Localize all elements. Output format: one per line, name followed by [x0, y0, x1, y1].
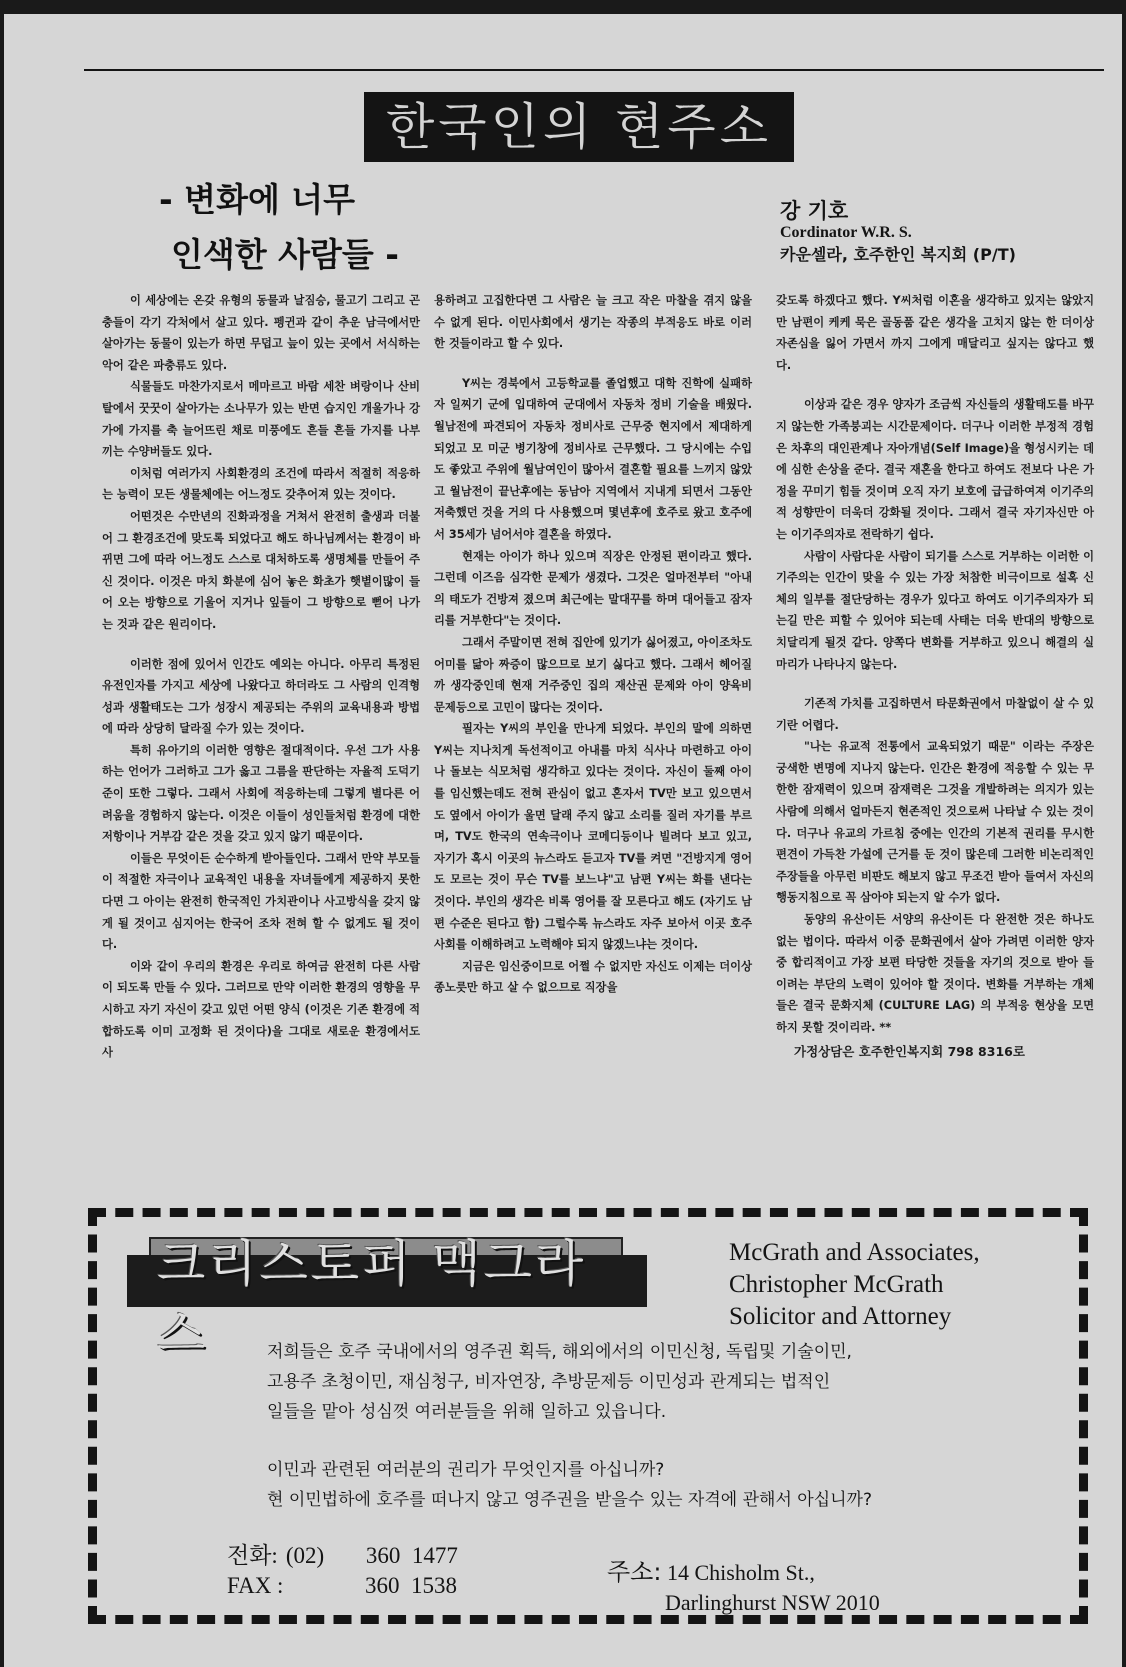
- paragraph: 필자는 Y씨의 부인을 만나게 되었다. 부인의 말에 의하면 Y씨는 지나치게…: [434, 718, 752, 956]
- ad-text-line: 일들을 맡아 성심껏 여러분들을 위해 일하고 있읍니다.: [267, 1397, 1067, 1427]
- ad-text-line: 저희들은 호주 국내에서의 영주권 획득, 해외에서의 이민신청, 독립및 기술…: [267, 1337, 1067, 1367]
- ad-question-paragraph: 이민과 관련된 여러분의 권리가 무엇인지를 아십니까? 현 이민법하에 호주를…: [267, 1455, 1067, 1515]
- section-masthead: 한국인의 현주소: [364, 92, 794, 162]
- phone-area-code: (02): [286, 1541, 346, 1571]
- ad-body-text: 저희들은 호주 국내에서의 영주권 획득, 해외에서의 이민신청, 독립및 기술…: [267, 1337, 1067, 1515]
- ad-services-paragraph: 저희들은 호주 국내에서의 영주권 획득, 해외에서의 이민신청, 독립및 기술…: [267, 1337, 1067, 1427]
- phone-number: 360 1477: [366, 1541, 458, 1571]
- newspaper-page: 한국인의 현주소 - 변화에 너무 인색한 사람들 - 강 기호 Cordina…: [4, 14, 1122, 1667]
- ad-address-block: 주소: 14 Chisholm St., Darlinghurst NSW 20…: [607, 1557, 1027, 1618]
- ad-text-line: 현 이민법하에 호주를 떠나지 않고 영주권을 받을수 있는 자격에 관해서 아…: [267, 1485, 1067, 1515]
- article-column-1: 이 세상에는 온갖 유형의 동물과 날짐승, 물고기 그리고 곤충들이 각기 각…: [102, 290, 420, 1064]
- ad-firm-name: McGrath and Associates, Christopher McGr…: [729, 1237, 1089, 1333]
- fax-row: FAX : 360 1538: [227, 1571, 547, 1601]
- ad-text-line: 이민과 관련된 여러분의 권리가 무엇인지를 아십니까?: [267, 1455, 1067, 1485]
- paragraph: 현재는 아이가 하나 있으며 직장은 안정된 편이라고 했다. 그런데 이즈음 …: [434, 546, 752, 632]
- ad-text-line: 고용주 초청이민, 재심청구, 비자연장, 추방문제등 이민성과 관계되는 법적…: [267, 1367, 1067, 1397]
- paragraph: 지금은 임신중이므로 어쩔 수 없지만 자신도 이제는 더이상 종노릇만 하고 …: [434, 956, 752, 999]
- phone-row: 전화: (02) 360 1477: [227, 1541, 547, 1571]
- article-column-3: 갖도록 하겠다고 했다. Y씨처럼 이혼을 생각하고 있지는 않았지만 남편이 …: [776, 290, 1094, 1062]
- ad-banner-title: 크리스토퍼 맥그라스: [157, 1229, 627, 1299]
- author-organization: 카운셀라, 호주한인 복지회 (P/T): [780, 244, 1080, 266]
- address-row-1: 주소: 14 Chisholm St.,: [607, 1557, 1027, 1588]
- paragraph: Y씨는 경북에서 고등학교를 졸업했고 대학 진학에 실패하자 일찌기 군에 입…: [434, 373, 752, 546]
- paragraph: 이 세상에는 온갖 유형의 동물과 날짐승, 물고기 그리고 곤충들이 각기 각…: [102, 290, 420, 376]
- paragraph: "나는 유교적 전통에서 교육되었기 때문" 이라는 주장은 궁색한 변명에 지…: [776, 736, 1094, 909]
- firm-line: Solicitor and Attorney: [729, 1301, 1089, 1333]
- paragraph: 그래서 주말이면 전혀 집안에 있기가 싫어졌고, 아이조차도 어미를 닮아 짜…: [434, 632, 752, 718]
- paragraph: 이들은 무엇이든 순수하게 받아들인다. 그래서 만약 부모들이 적절한 자극이…: [102, 848, 420, 956]
- article-headline: - 변화에 너무 인색한 사람들 -: [159, 172, 459, 282]
- advertisement-box: 크리스토퍼 맥그라스 McGrath and Associates, Chris…: [88, 1208, 1088, 1624]
- counseling-contact-note: 가정상담은 호주한인복지회 798 8316로: [776, 1041, 1094, 1063]
- article-column-2: 용하려고 고집한다면 그 사람은 늘 크고 작은 마찰을 겪지 않을 수 없게 …: [434, 290, 752, 999]
- headline-line-2: 인색한 사람들 -: [159, 227, 459, 282]
- paragraph: 이상과 같은 경우 양자가 조금씩 자신들의 생활태도를 바꾸지 않는한 가족붕…: [776, 394, 1094, 545]
- paragraph: 이와 같이 우리의 환경은 우리로 하여금 완전히 다른 사람이 되도록 만들 …: [102, 956, 420, 1064]
- headline-line-1: - 변화에 너무: [159, 172, 459, 227]
- paragraph: 특히 유아기의 이러한 영향은 절대적이다. 우선 그가 사용하는 언어가 그러…: [102, 740, 420, 848]
- ad-phone-block: 전화: (02) 360 1477 FAX : 360 1538: [227, 1541, 547, 1601]
- firm-line: Christopher McGrath: [729, 1269, 1089, 1301]
- fax-label: FAX :: [227, 1571, 365, 1601]
- author-role: Cordinator W.R. S.: [780, 222, 1080, 244]
- paragraph: 동양의 유산이든 서양의 유산이든 다 완전한 것은 하나도 없는 법이다. 따…: [776, 909, 1094, 1039]
- phone-label: 전화:: [227, 1541, 278, 1571]
- paragraph: 이러한 점에 있어서 인간도 예외는 아니다. 아무리 특정된 유전인자를 가지…: [102, 654, 420, 740]
- paragraph: 용하려고 고집한다면 그 사람은 늘 크고 작은 마찰을 겪지 않을 수 없게 …: [434, 290, 752, 355]
- paragraph: 갖도록 하겠다고 했다. Y씨처럼 이혼을 생각하고 있지는 않았지만 남편이 …: [776, 290, 1094, 376]
- address-line-2: Darlinghurst NSW 2010: [607, 1588, 1027, 1618]
- paragraph: 기존적 가치를 고집하면서 타문화권에서 마찰없이 살 수 있기란 어렵다.: [776, 693, 1094, 736]
- fax-number: 360 1538: [365, 1571, 457, 1601]
- firm-line: McGrath and Associates,: [729, 1237, 1089, 1269]
- address-label: 주소:: [607, 1558, 661, 1586]
- top-rule: [84, 69, 1104, 71]
- paragraph: 어떤것은 수만년의 진화과정을 거쳐서 완전히 출생과 더불어 그 환경조건에 …: [102, 506, 420, 636]
- byline: 강 기호 Cordinator W.R. S. 카운셀라, 호주한인 복지회 (…: [780, 200, 1080, 266]
- paragraph: 식물들도 마찬가지로서 메마르고 바람 세찬 벼랑이나 산비탈에서 꿋꿋이 살아…: [102, 376, 420, 462]
- paragraph: 사람이 사람다운 사람이 되기를 스스로 거부하는 이러한 이기주의는 인간이 …: [776, 546, 1094, 676]
- address-line-1: 14 Chisholm St.,: [667, 1560, 815, 1585]
- author-name: 강 기호: [780, 200, 1080, 222]
- paragraph: 이처럼 여러가지 사회환경의 조건에 따라서 적절히 적응하는 능력이 모든 생…: [102, 463, 420, 506]
